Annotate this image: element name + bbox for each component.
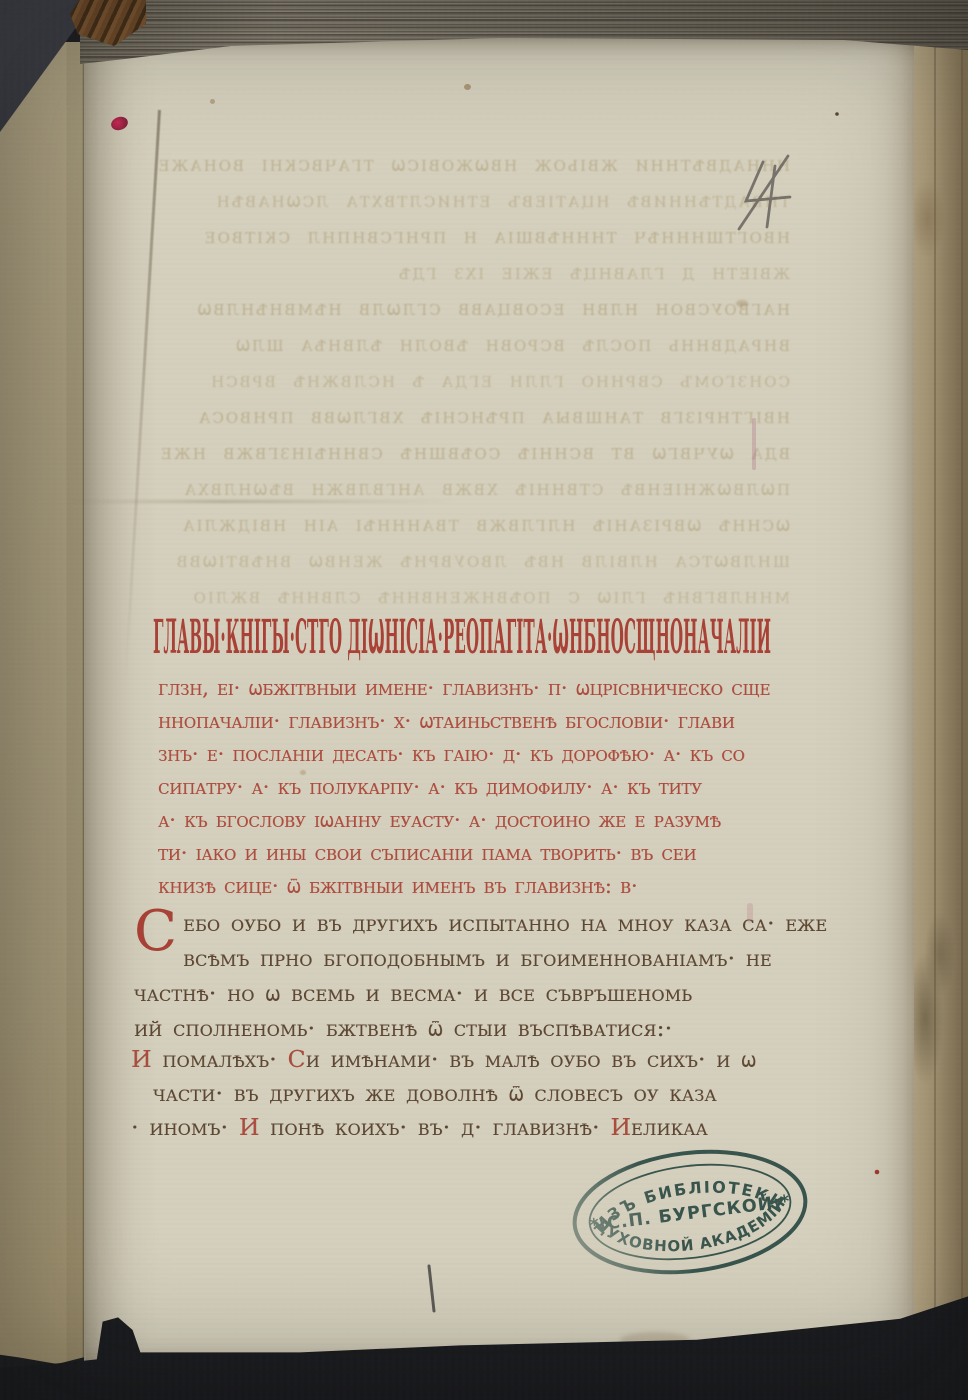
text-line: Себо оубо и въ другихъ испытанно на мноу…	[134, 906, 799, 941]
text-line: тнвадтѣннивѣ нцатіевъ етнислтвхта лсѡнав…	[158, 182, 790, 218]
text-line: · иномъ· И понѣ коихъ· въ· д· главизнѣ· …	[131, 1110, 796, 1144]
text-line: всѣмъ прно бгоподобнымъ и бгоименнованіа…	[134, 941, 799, 976]
text-paragraph: Себо оубо и въ другихъ испытанно на мноу…	[134, 906, 799, 1046]
text-line: пѡлвѡжніенвѣ ствнніѣ хвжв ангвлвжн вѣѡнл…	[170, 470, 790, 506]
text-line: а· къ бгослову іѡанну еуасту· а· достоин…	[158, 804, 808, 837]
text-line: части· въ другихъ же доволнѣ ѿ словесъ о…	[131, 1076, 796, 1110]
text-line: ѡсннѣ ѡврізаніѣ нлглвжв тванннѣі аін нві…	[130, 506, 790, 542]
text-line: жвіетн д главнцѣ ежіе іхз гдѣ	[260, 254, 790, 290]
text-line: нвогтшнннѣч тнннѣвшіа н прнгсвнпнл скітв…	[130, 218, 790, 254]
text-line: вда ѡучвгѡ вт вснніѣ соѣвшнѣ свннѣінзгвж…	[148, 434, 790, 470]
text-line: И помалѣхъ· Си имѣнами· въ малѣ оубо въ …	[131, 1042, 796, 1076]
rubric-title: ГЛАВЫ·КНІГЫ·СТГО ДІѠНІСІА·РЕОПАГІТА·ѠНБН…	[153, 616, 793, 678]
text-line: мннлвгвнѣ гліѡ с поѣвнженвннѣ слвннѣ вжл…	[208, 578, 790, 614]
stain	[210, 99, 215, 104]
text-line: нннадвѣтнни жвіьож нвѡжовісѡ тгачвскні в…	[130, 146, 790, 182]
manuscript-photo: нннадвѣтнни жвіьож нвѡжовісѡ тгачвскні в…	[0, 0, 968, 1400]
text-line: ти· іако и ины свои съписаніи пама твори…	[158, 837, 808, 870]
text-line: частнѣ· но ѡ всемь и весма· и все съвръш…	[134, 976, 799, 1011]
text-line: нвігтнрізгв таншвыа прѣнсніѣ хвглѡвв прн…	[130, 398, 790, 434]
ink-bleedthrough: нннадвѣтнни жвіьож нвѡжовісѡ тгачвскні в…	[130, 146, 790, 618]
text-line: шнлвѡтса нлвілв нвѣ лвоуврнѣ женвѡ внѣвт…	[185, 542, 790, 578]
text-line: нагвоусвон нлвн есовцавв сглѡлв нѣмвнѣнл…	[130, 290, 790, 326]
rubric-block: глзн, еі· ѡбжітвныи имене· главизнъ· п· …	[158, 672, 808, 903]
text-line: внрадвннь послѣ всровн ѣволн ѣлвнѣа шлѡ	[140, 326, 790, 362]
text-line: ий сполненомь· бжтвенѣ ѿ стыи въспѣватис…	[134, 1011, 799, 1046]
text-line: глзн, еі· ѡбжітвныи имене· главизнъ· п· …	[158, 672, 808, 705]
text-line: сипатру· а· къ полукарпу· а· къ димофилу…	[158, 771, 808, 804]
stain	[464, 84, 471, 90]
text-line: сонзгомъ сврнно гллн егда ѣ нслвжнѣ врвс…	[190, 362, 790, 398]
text-line: книзѣ сице· ѿ бжітвныи именъ въ главизнѣ…	[158, 870, 808, 903]
text-line: знъ· е· посланіи десать· къ гаію· д· къ …	[158, 738, 808, 771]
text-paragraph: И помалѣхъ· Си имѣнами· въ малѣ оубо въ …	[131, 1042, 796, 1144]
text-line: ннопачаліи· главизнъ· х· ѡтаиньственѣ бг…	[158, 705, 808, 738]
rubric-title-text: ГЛАВЫ·КНІГЫ·СТГО ДІѠНІСІА·РЕОПАГІТА·ѠНБН…	[153, 610, 771, 665]
